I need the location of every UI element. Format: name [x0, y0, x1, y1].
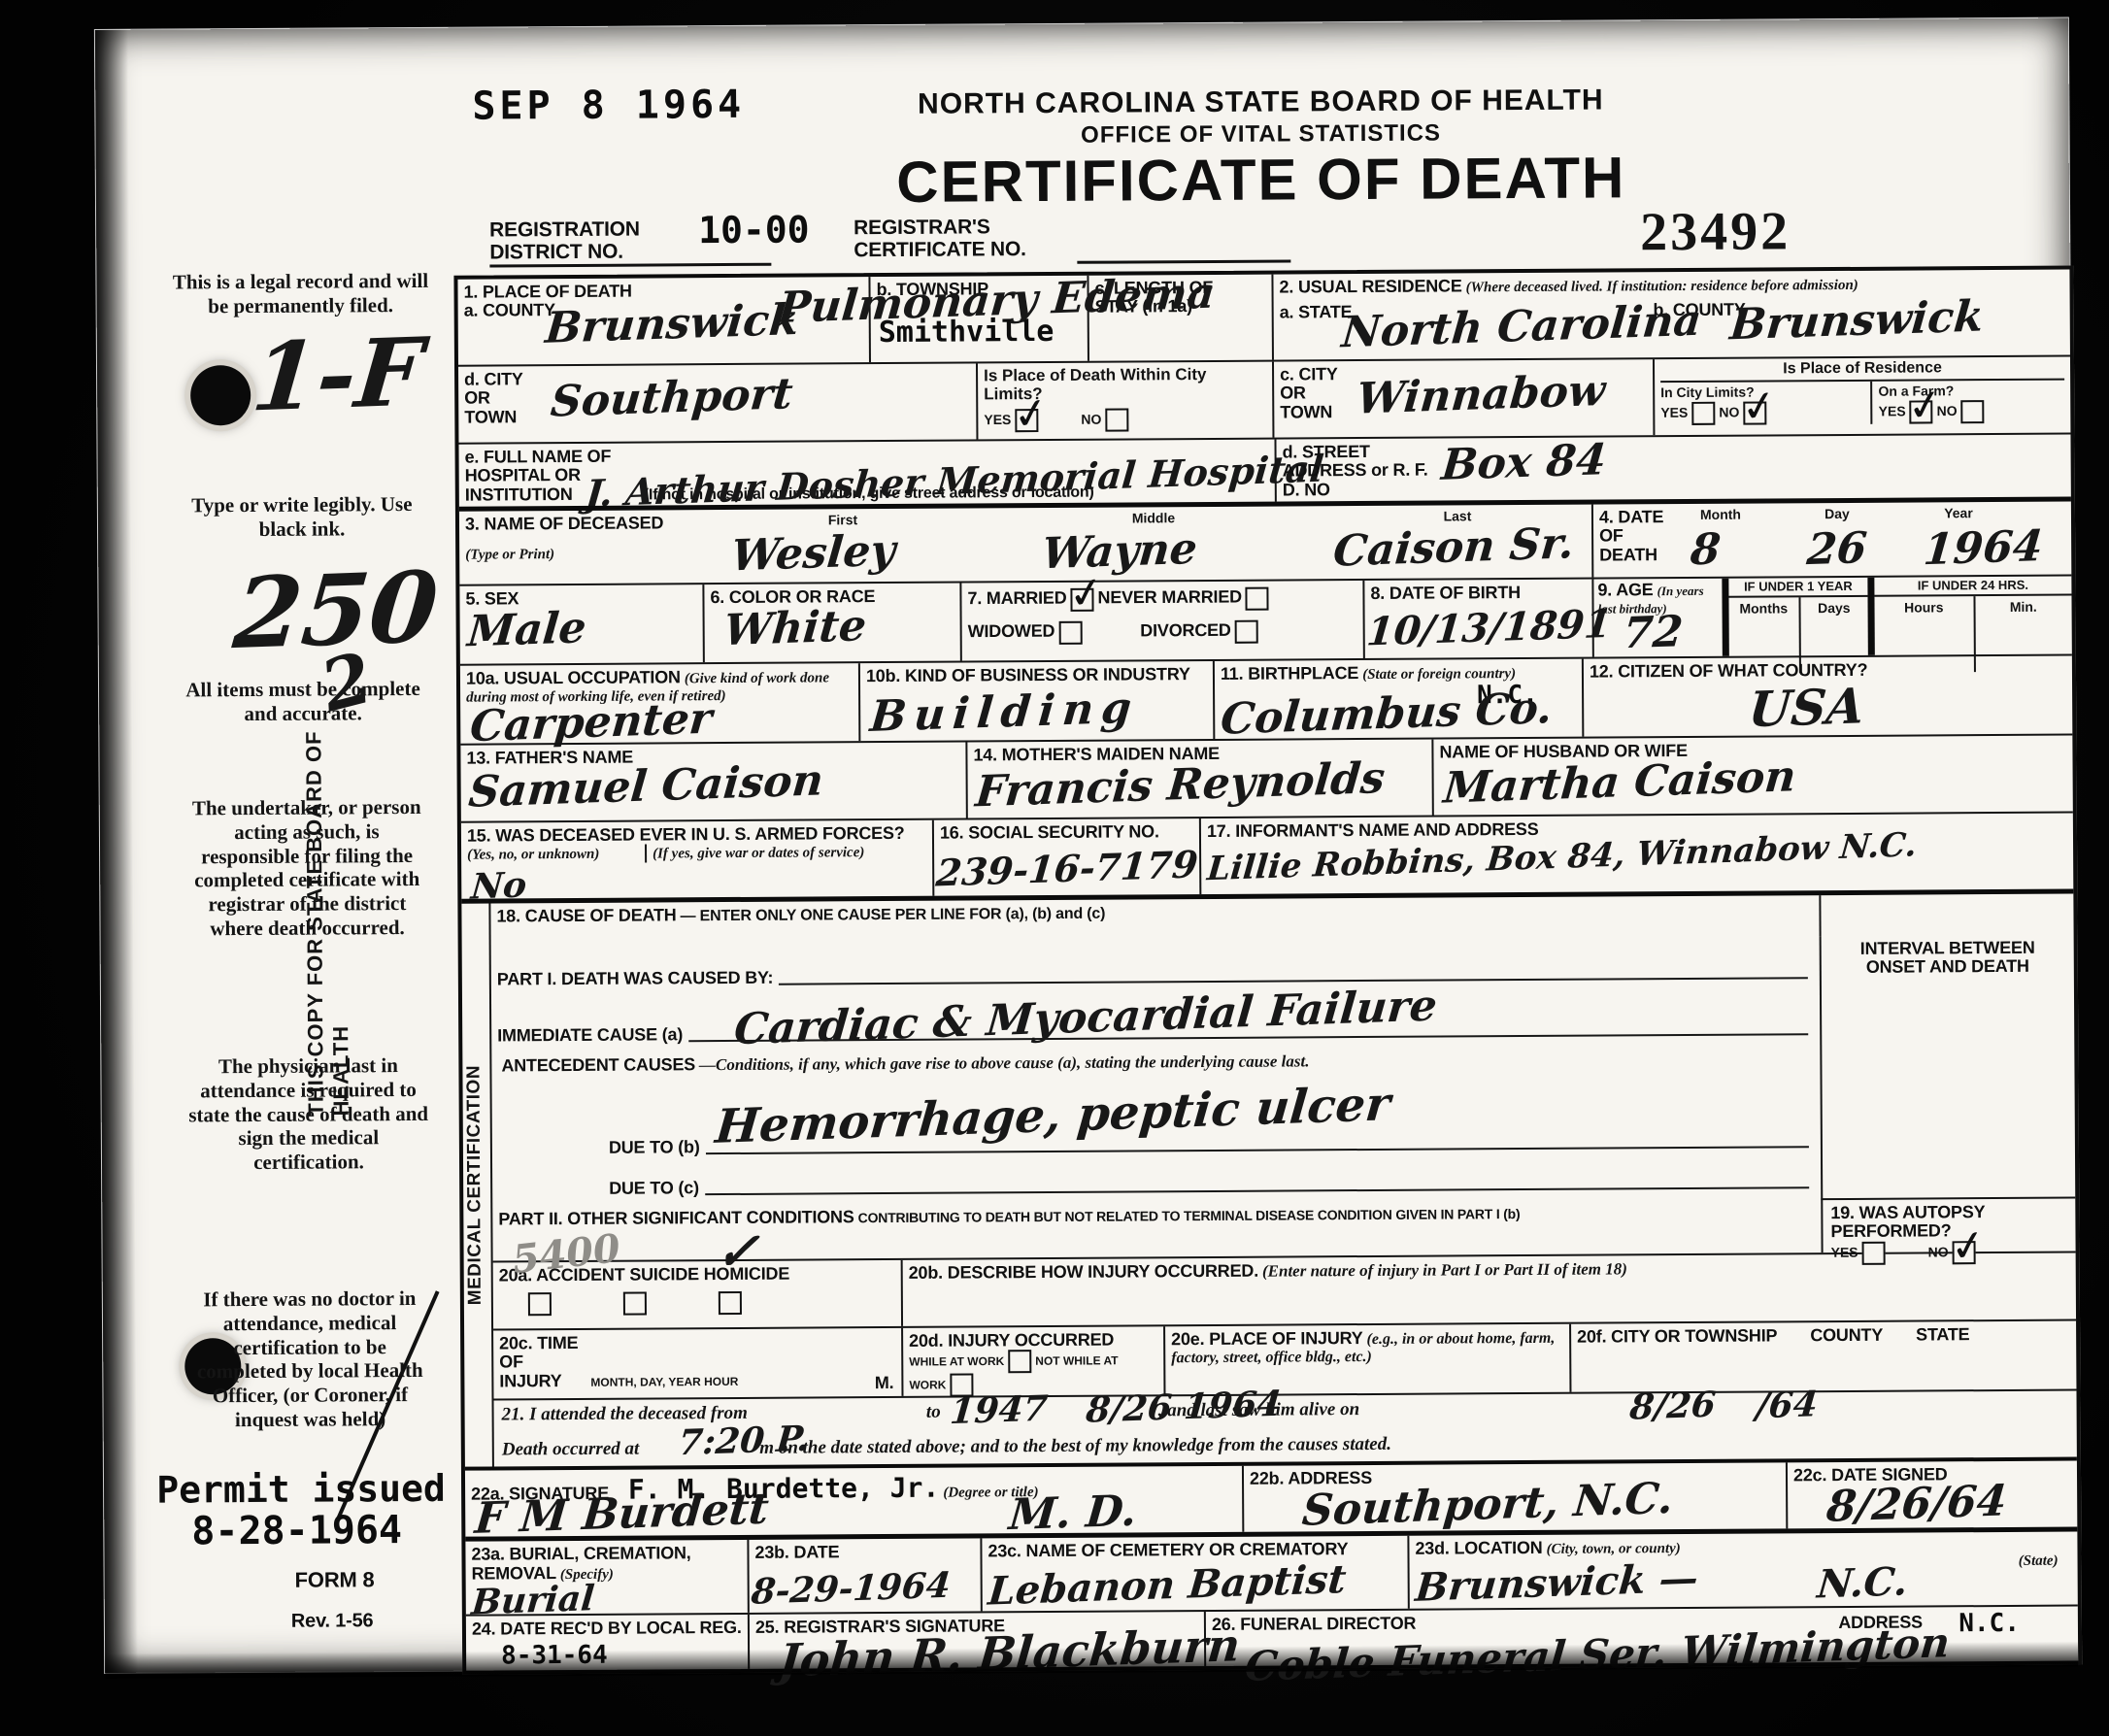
hole-punch-top: [190, 365, 251, 425]
certificate-number: 23492: [1640, 200, 1791, 263]
check-mark: ✓: [1947, 1219, 1990, 1274]
field-residence-city: c. CITY OR TOWN Winnabow Is Place of Res…: [1272, 357, 2070, 438]
middle-name-value: Wayne: [1040, 524, 1199, 580]
farm-yes-checkbox: ✓: [1910, 400, 1933, 423]
residence-question: Is Place of Residence: [1660, 359, 2064, 379]
death-month-value: 8: [1689, 524, 1723, 575]
attended-from-value: 1947: [949, 1388, 1050, 1433]
death-occurred-rest: m on the date stated above; and to the b…: [759, 1434, 1391, 1458]
type-or-print-paren: (Type or Print): [465, 547, 696, 564]
certificate-form: 1. PLACE OF DEATH a. COUNTY Brunswick b.…: [453, 266, 2082, 1675]
field-date-of-birth: 8. DATE OF BIRTH 10/13/1891: [1362, 580, 1591, 658]
row-registrar: 24. DATE REC'D BY LOCAL REG. 8-31-64 25.…: [466, 1605, 2078, 1671]
in-city-yes-checkbox: [1691, 401, 1715, 424]
check-mark: ✓: [1738, 380, 1781, 434]
row-burial: 23a. BURIAL, CREMATION, REMOVAL (Specify…: [465, 1527, 2077, 1615]
usual-residence-paren: (Where deceased lived. If institution: r…: [1466, 278, 1858, 295]
row-name-date-of-death: 3. NAME OF DECEASED (Type or Print) Firs…: [459, 497, 2071, 584]
burial-location-state-value: N.C.: [1816, 1558, 1910, 1607]
injury-city-label: 20f. CITY OR TOWNSHIP: [1577, 1325, 1777, 1346]
last-name-value: Caison Sr.: [1331, 518, 1576, 577]
due-c-label: DUE TO (c): [609, 1179, 699, 1198]
field-date-of-death: 4. DATE OF DEATH Month Day Year 8 26 196…: [1591, 502, 2071, 578]
industry-label: 10b. KIND OF BUSINESS OR INDUSTRY: [866, 665, 1207, 686]
farm-no-checkbox: [1961, 400, 1985, 423]
in-city-no-checkbox: ✓: [1743, 401, 1766, 424]
burial-date-value: 8-29-1964: [750, 1565, 953, 1613]
injury-occurred-label: 20d. INJURY OCCURRED: [909, 1330, 1157, 1351]
street-address-label: d. STREET ADDRESS or R. F. D. NO: [1283, 443, 1428, 500]
death-limits-no-checkbox: [1105, 409, 1128, 432]
injury-county-label: COUNTY: [1810, 1325, 1883, 1345]
field-funeral-director: 26. FUNERAL DIRECTOR ADDRESS N.C. Coble …: [1204, 1607, 2078, 1666]
last-seen-value: 8/26: [1628, 1385, 1718, 1428]
never-married-checkbox: [1246, 587, 1269, 611]
in-city-no-label: NO: [1719, 404, 1739, 419]
city-of-death-label: d. CITY OR TOWN: [464, 370, 540, 427]
revision-label: Rev. 1-56: [291, 1611, 374, 1632]
date-signed-value: 8/26/64: [1824, 1476, 2009, 1531]
field-birthplace: 11. BIRTHPLACE (State or foreign country…: [1213, 659, 1582, 739]
injury-state-label: STATE: [1916, 1324, 1969, 1344]
field-city-of-death: d. CITY OR TOWN Southport: [458, 363, 976, 442]
residence-in-city-block: In City Limits? YES NO ✓: [1660, 381, 1871, 424]
permit-stamp-line2: 8-28-1964: [191, 1508, 483, 1554]
field-sex: 5. SEX Male: [459, 584, 702, 664]
suicide-checkbox: [623, 1292, 647, 1316]
field-physician-address: 22b. ADDRESS Southport, N.C.: [1242, 1462, 1786, 1531]
in-city-yes-label: YES: [1660, 404, 1688, 419]
attended-to-token: to: [926, 1402, 941, 1422]
city-of-death-value: Southport: [549, 369, 794, 427]
field-spouse-name: NAME OF HUSBAND OR WIFE Martha Caison: [1431, 736, 2072, 816]
death-occurred-label: Death occurred at: [502, 1439, 640, 1460]
row-physician-signature: 22a. SIGNATURE F. M. Burdette, Jr. (Degr…: [465, 1457, 2077, 1537]
field-autopsy: 19. WAS AUTOPSY PERFORMED? YES NO ✓: [1821, 1197, 2075, 1253]
line-part1: PART I. DEATH WAS CAUSED BY: Pulmonary E…: [491, 936, 1820, 996]
row-attended: 21. I attended the deceased from 1947 to…: [493, 1389, 2076, 1467]
margin-note-type-legibly: Type or write legibly. Use black ink.: [166, 492, 438, 542]
margin-note-physician: The physician last in attendance is requ…: [186, 1053, 430, 1175]
death-certificate-document: This is a legal record and will be perma…: [95, 18, 2078, 1673]
death-limits-no-label: NO: [1081, 412, 1101, 427]
field-place-of-injury: 20e. PLACE OF INJURY (e.g., in or about …: [1163, 1324, 1569, 1395]
part2-small: CONTRIBUTING TO DEATH BUT NOT RELATED TO…: [858, 1206, 1521, 1225]
date-of-birth-label: 8. DATE OF BIRTH: [1370, 584, 1586, 604]
row-sex-race-marital: 5. SEX Male 6. COLOR OR RACE White 7. MA…: [459, 575, 2071, 664]
autopsy-yes-checkbox: [1862, 1242, 1886, 1265]
field-registrar-signature: 25. REGISTRAR'S SIGNATURE John R. Blackb…: [748, 1612, 1204, 1669]
burial-location-state-paren: (State): [2019, 1553, 2059, 1570]
age-label: 9. AGE: [1597, 580, 1653, 599]
burial-location-paren: (City, town, or county): [1546, 1541, 1680, 1557]
registration-underline: [489, 263, 771, 268]
part1-label: PART I. DEATH WAS CAUSED BY:: [497, 968, 774, 988]
field-if-under-24-hrs: IF UNDER 24 HRS. Hours Min.: [1867, 577, 2071, 655]
row-hospital-street: e. FULL NAME OF HOSPITAL OR INSTITUTION …: [458, 433, 2070, 507]
form-number: FORM 8: [295, 1568, 375, 1591]
row-part2-autopsy: PART II. OTHER SIGNIFICANT CONDITIONS CO…: [492, 1197, 2075, 1261]
medical-certification-content: 18. CAUSE OF DEATH — ENTER ONLY ONE CAUS…: [490, 894, 2077, 1467]
death-day-value: 26: [1805, 523, 1869, 575]
autopsy-no-checkbox: ✓: [1953, 1241, 1976, 1264]
field-informant: 17. INFORMANT'S NAME AND ADDRESS Lillie …: [1199, 814, 2073, 894]
street-address-value: Box 84: [1439, 435, 1608, 490]
antecedent-label: ANTECEDENT CAUSES: [501, 1054, 695, 1075]
field-armed-forces: 15. WAS DECEASED EVER IN U. S. ARMED FOR…: [461, 820, 932, 899]
cemetery-value: Lebanon Baptist: [987, 1556, 1349, 1615]
row-city-or-town: d. CITY OR TOWN Southport Is Place of De…: [458, 355, 2070, 443]
under-24-hrs-label: IF UNDER 24 HRS.: [1874, 577, 2071, 596]
residence-county-value: Brunswick: [1728, 291, 1986, 350]
death-limits-yes-label: YES: [984, 412, 1011, 427]
ssn-value: 239-16-7179: [934, 842, 1199, 894]
date-of-birth-value: 10/13/1891: [1365, 601, 1614, 655]
part1-rule: [779, 977, 1808, 985]
first-name-value: Wesley: [729, 526, 897, 582]
field-injury-city: 20f. CITY OR TOWNSHIP COUNTY STATE: [1569, 1321, 2076, 1392]
margin-note-legal-record: This is a legal record and will be perma…: [164, 269, 436, 318]
divorced-checkbox: [1235, 620, 1258, 644]
citizen-value: USA: [1747, 677, 1867, 738]
while-at-work-checkbox: [1008, 1351, 1031, 1374]
registrar-certificate-label: REGISTRAR'S CERTIFICATE NO.: [854, 217, 1077, 262]
industry-value: Building: [868, 683, 1141, 742]
death-year-value: 1964: [1922, 521, 2045, 575]
due-b-label: DUE TO (b): [609, 1138, 700, 1157]
registrar-underline: [1077, 259, 1290, 263]
medical-certification-block: MEDICAL CERTIFICATION 18. CAUSE OF DEATH…: [461, 889, 2077, 1467]
margin-note-undertaker: The undertaker, or person acting as such…: [185, 795, 429, 941]
cause-header-label: 18. CAUSE OF DEATH: [496, 905, 676, 925]
check-mark: ✓: [1904, 379, 1947, 433]
field-burial-date: 23b. DATE 8-29-1964: [747, 1538, 980, 1612]
divorced-label: DIVORCED: [1140, 620, 1231, 641]
name-of-deceased-label: 3. NAME OF DECEASED: [465, 514, 696, 534]
medical-certification-spine: MEDICAL CERTIFICATION: [461, 904, 494, 1467]
armed-forces-value: No: [469, 864, 528, 907]
autopsy-yes-label: YES: [1831, 1244, 1858, 1259]
burial-location-value: Brunswick —: [1414, 1555, 1700, 1611]
residence-state-label: a. STATE: [1280, 303, 1353, 322]
never-married-label: NEVER MARRIED: [1097, 586, 1242, 607]
last-seen-year: /64: [1755, 1384, 1820, 1426]
burial-location-label: 23d. LOCATION: [1415, 1538, 1542, 1558]
color-race-value: White: [721, 601, 868, 655]
field-middle-name: Middle Wayne: [984, 506, 1323, 581]
field-color-race: 6. COLOR OR RACE White: [702, 584, 959, 663]
row-forces-ssn-informant: 15. WAS DECEASED EVER IN U. S. ARMED FOR…: [461, 812, 2073, 899]
birthplace-value: Columbus Co.: [1219, 684, 1555, 745]
date-of-death-label: 4. DATE OF DEATH: [1599, 508, 1667, 565]
attended-to-value: 8/26 1964: [1085, 1384, 1284, 1431]
farm-yes-label: YES: [1879, 403, 1906, 418]
field-injury-occurred: 20d. INJURY OCCURRED WHILE AT WORK NOT W…: [901, 1326, 1163, 1396]
field-street-address: d. STREET ADDRESS or R. F. D. NO Box 84: [1274, 435, 2070, 502]
funeral-director-label: 26. FUNERAL DIRECTOR: [1212, 1614, 1416, 1634]
birthplace-label: 11. BIRTHPLACE: [1221, 663, 1358, 684]
married-label: 7. MARRIED: [967, 588, 1066, 609]
middle-name-label: Middle: [989, 510, 1318, 526]
antecedent-paren: —Conditions, if any, which gave rise to …: [699, 1052, 1310, 1074]
immediate-cause-label: IMMEDIATE CAUSE (a): [497, 1025, 683, 1046]
field-citizen: 12. CITIZEN OF WHAT COUNTRY? USA: [1582, 656, 2072, 737]
check-mark: ✓: [1010, 387, 1053, 442]
accident-checkbox: [528, 1293, 552, 1317]
field-mother-name: 14. MOTHER'S MAIDEN NAME Francis Reynold…: [965, 740, 1431, 818]
registration-district-label: REGISTRATION DISTRICT NO.: [489, 218, 693, 264]
field-last-name: Last Caison Sr.: [1323, 505, 1591, 580]
death-limits-yes-checkbox: ✓: [1015, 409, 1038, 432]
header-board: NORTH CAROLINA STATE BOARD OF HEALTH: [678, 83, 1843, 122]
widowed-checkbox: [1058, 621, 1082, 645]
field-occupation: 10a. USUAL OCCUPATION (Give kind of work…: [460, 663, 858, 744]
cause-header-sub: — ENTER ONLY ONE CAUSE PER LINE FOR (a),…: [681, 906, 1106, 925]
armed-forces-paren1: (Yes, no, or unknown): [467, 845, 647, 864]
describe-injury-label: 20b. DESCRIBE HOW INJURY OCCURRED.: [909, 1261, 1258, 1283]
residence-farm-block: On a Farm? YES ✓ NO: [1870, 380, 2064, 423]
ssn-label: 16. SOCIAL SECURITY NO.: [940, 822, 1193, 843]
section-usual-residence-top: 2. USUAL RESIDENCE (Where deceased lived…: [1271, 270, 2070, 360]
interval-column-top: [1819, 894, 2073, 937]
interval-label: INTERVAL BETWEEN ONSET AND DEATH: [1829, 939, 2066, 978]
registration-district-value: 10-00: [698, 208, 810, 251]
age-value: 72: [1621, 607, 1685, 658]
row-parents-spouse: 13. FATHER'S NAME Samuel Caison 14. MOTH…: [460, 734, 2072, 821]
field-father-name: 13. FATHER'S NAME Samuel Caison: [460, 743, 965, 821]
field-time-of-injury: 20c. TIME OF INJURY MONTH, DAY, YEAR HOU…: [493, 1328, 901, 1399]
permit-stamp-line1: Permit issued: [131, 1467, 471, 1512]
field-date-received: 24. DATE REC'D BY LOCAL REG. 8-31-64: [466, 1615, 748, 1671]
date-received-label: 24. DATE REC'D BY LOCAL REG.: [472, 1618, 742, 1639]
death-time-value: 7:20 P.: [677, 1419, 811, 1464]
cause-lines-block: PART I. DEATH WAS CAUSED BY: Pulmonary E…: [491, 935, 2076, 1207]
field-industry: 10b. KIND OF BUSINESS OR INDUSTRY Buildi…: [858, 661, 1213, 741]
line-due-b: DUE TO (b) Hemorrhage, peptic ulcer: [492, 1089, 1821, 1165]
usual-residence-title: 2. USUAL RESIDENCE: [1279, 276, 1461, 296]
row-occupation: 10a. USUAL OCCUPATION (Give kind of work…: [460, 654, 2072, 744]
field-ssn: 16. SOCIAL SECURITY NO. 239-16-7179: [932, 818, 1199, 896]
describe-injury-paren: (Enter nature of injury in Part I or Par…: [1262, 1259, 1627, 1280]
occupation-label: 10a. USUAL OCCUPATION: [466, 667, 681, 687]
part2-checkmark: ✓: [714, 1221, 761, 1283]
place-of-injury-label: 20e. PLACE OF INJURY: [1171, 1328, 1363, 1349]
handwritten-mark-1f: 1-F: [248, 317, 427, 432]
married-checkbox: ✓: [1070, 588, 1093, 612]
residence-city-value: Winnabow: [1355, 366, 1607, 424]
due-c-rule: [705, 1186, 1809, 1195]
medical-certification-label: MEDICAL CERTIFICATION: [463, 1065, 486, 1305]
field-hospital-name: e. FULL NAME OF HOSPITAL OR INSTITUTION …: [458, 440, 1274, 507]
while-at-work-label: WHILE AT WORK: [909, 1354, 1004, 1369]
field-date-signed: 22c. DATE SIGNED 8/26/64: [1786, 1461, 2077, 1529]
homicide-checkbox: [719, 1291, 742, 1315]
row-20cdef: 20c. TIME OF INJURY MONTH, DAY, YEAR HOU…: [493, 1319, 2076, 1399]
under-1-year-label: IF UNDER 1 YEAR: [1728, 578, 1867, 596]
field-name-label: 3. NAME OF DECEASED (Type or Print): [459, 510, 702, 584]
county-of-death-value: Brunswick: [544, 295, 801, 353]
part2-block: PART II. OTHER SIGNIFICANT CONDITIONS CO…: [492, 1198, 1821, 1260]
widowed-label: WIDOWED: [968, 621, 1055, 642]
field-age: 9. AGE (In years last birthday) 72: [1591, 579, 1722, 657]
field-first-name: First Wesley: [702, 508, 984, 583]
scan-background: This is a legal record and will be perma…: [0, 0, 2109, 1736]
sex-value: Male: [465, 603, 587, 656]
date-received-value: 8-31-64: [501, 1640, 742, 1671]
margin-note-no-doctor: If there was no doctor in attendance, me…: [188, 1286, 432, 1432]
line-immediate-cause: IMMEDIATE CAUSE (a) Cardiac & Myocardial…: [491, 988, 1820, 1052]
field-burial-type: 23a. BURIAL, CREMATION, REMOVAL (Specify…: [465, 1540, 747, 1615]
time-of-injury-sub: MONTH, DAY, YEAR HOUR: [590, 1375, 738, 1389]
field-burial-location: 23d. LOCATION (City, town, or county) (S…: [1407, 1532, 2077, 1609]
time-of-injury-label: 20c. TIME OF INJURY: [499, 1334, 586, 1391]
funeral-address-value: N.C.: [1958, 1609, 2020, 1638]
field-physician-signature: 22a. SIGNATURE F. M. Burdette, Jr. (Degr…: [465, 1466, 1242, 1537]
residence-city-label: c. CITY OR TOWN: [1280, 365, 1357, 422]
row-place-of-death-top: 1. PLACE OF DEATH a. COUNTY Brunswick b.…: [457, 270, 2070, 365]
time-m-label: M.: [875, 1374, 894, 1393]
cause-lines: PART I. DEATH WAS CAUSED BY: Pulmonary E…: [491, 936, 1822, 1206]
check-mark: ✓: [1065, 566, 1108, 620]
field-cemetery: 23c. NAME OF CEMETERY OR CREMATORY Leban…: [980, 1536, 1407, 1612]
field-marital-status: 7. MARRIED ✓ NEVER MARRIED WIDOWED DIVOR…: [959, 581, 1362, 661]
field-death-city-limits: Is Place of Death Within City Limits? YE…: [976, 362, 1272, 440]
interval-column: INTERVAL BETWEEN ONSET AND DEATH: [1820, 935, 2076, 1199]
field-if-under-1-year: IF UNDER 1 YEAR Months Days: [1722, 578, 1867, 656]
armed-forces-paren2: (If yes, give war or dates of service): [647, 843, 932, 862]
first-name-label: First: [708, 512, 978, 528]
part2-label: PART II. OTHER SIGNIFICANT CONDITIONS: [498, 1207, 854, 1228]
burial-date-label: 23b. DATE: [754, 1542, 974, 1562]
residence-limits-block: Is Place of Residence In City Limits? YE…: [1653, 357, 2070, 436]
autopsy-no-label: NO: [1928, 1244, 1949, 1259]
